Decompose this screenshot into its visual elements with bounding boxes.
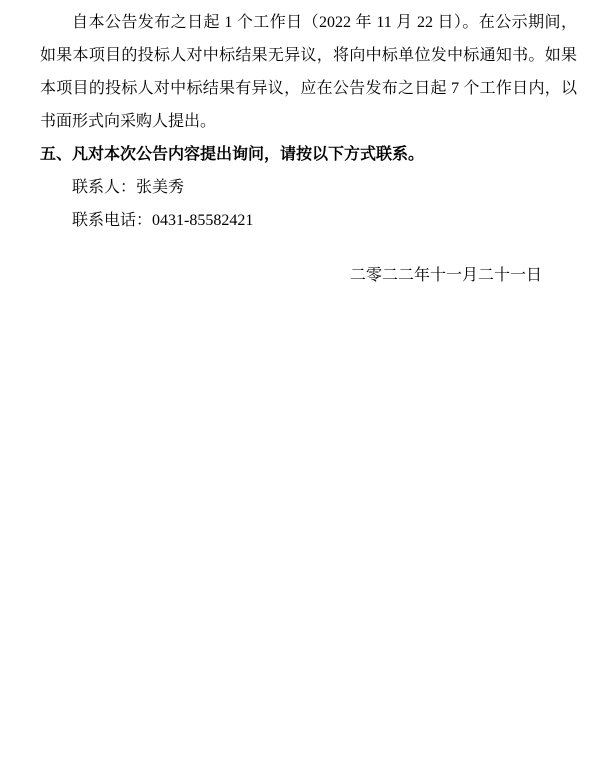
contact-person-line: 联系人：张美秀 — [40, 171, 577, 204]
contact-phone-line: 联系电话：0431-85582421 — [40, 204, 577, 237]
document-page: 自本公告发布之日起 1 个工作日（2022 年 11 月 22 日）。在公示期间… — [0, 0, 615, 779]
section-5-heading: 五、凡对本次公告内容提出询问，请按以下方式联系。 — [40, 138, 577, 171]
notice-body-paragraph: 自本公告发布之日起 1 个工作日（2022 年 11 月 22 日）。在公示期间… — [40, 6, 577, 138]
document-date: 二零二二年十一月二十一日 — [40, 259, 577, 292]
